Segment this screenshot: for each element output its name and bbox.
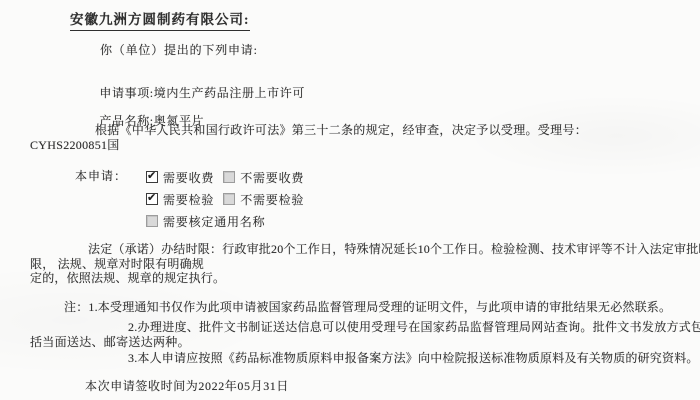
fee-options-row: ✔ 需要收费 不需要收费 — [146, 166, 313, 188]
checkbox-checked-icon: ✔ — [146, 171, 158, 183]
option-no-fee: 不需要收费 — [223, 169, 304, 186]
time-limit-paragraph: 法定（承诺）办结时限：行政审批20个工作日，特殊情况延长10个工作日。检验检测、… — [30, 242, 700, 286]
this-application-options: ✔ 需要收费 不需要收费 ✔ 需要检验 不需要检验 需要核定通用名称 — [146, 166, 313, 232]
checkbox-unchecked-icon — [146, 215, 158, 227]
option-generic-name-label: 需要核定通用名称 — [163, 213, 265, 230]
option-need-fee-label: 需要收费 — [163, 169, 214, 186]
option-need-inspection-label: 需要检验 — [163, 191, 214, 208]
this-application-label: 本申请： — [75, 167, 127, 184]
checkbox-unchecked-icon — [223, 171, 235, 183]
recipient-company: 安徽九洲方圆制药有限公司: — [70, 8, 250, 31]
note-2: 2.办理进度、批件文书制证送达信息可以使用受理号在国家药品监督管理局网站查询。批… — [30, 320, 700, 350]
generic-name-option-row: 需要核定通用名称 — [146, 210, 313, 232]
note-1: 注：1.本受理通知书仅作为此项申请被国家药品监督管理局受理的证明文件，与此项申请… — [30, 298, 671, 315]
note-3: 3.本人申请应按照《药品标准物质原料申报备案方法》向中检院报送标准物质原料及有关… — [30, 349, 699, 366]
acceptance-paragraph: 根据《中华人民共和国行政许可法》第三十二条的规定，经审查，决定予以受理。受理号：… — [30, 123, 587, 153]
option-no-inspection-label: 不需要检验 — [240, 191, 304, 208]
option-no-inspection: 不需要检验 — [223, 191, 304, 208]
sign-off-line: 本次申请签收时间为2022年05月31日 — [85, 377, 289, 394]
acceptance-notice-document: 安徽九洲方圆制药有限公司: 你（单位）提出的下列申请: 申请事项:境内生产药品注… — [0, 0, 700, 400]
checkbox-checked-icon: ✔ — [146, 193, 158, 205]
option-no-fee-label: 不需要收费 — [240, 169, 304, 186]
option-need-inspection: ✔ 需要检验 — [146, 191, 214, 208]
salutation-line: 你（单位）提出的下列申请: — [100, 41, 258, 58]
option-need-fee: ✔ 需要收费 — [146, 169, 214, 186]
option-generic-name: 需要核定通用名称 — [146, 213, 265, 230]
inspection-options-row: ✔ 需要检验 不需要检验 — [146, 188, 313, 210]
checkbox-unchecked-icon — [223, 193, 235, 205]
